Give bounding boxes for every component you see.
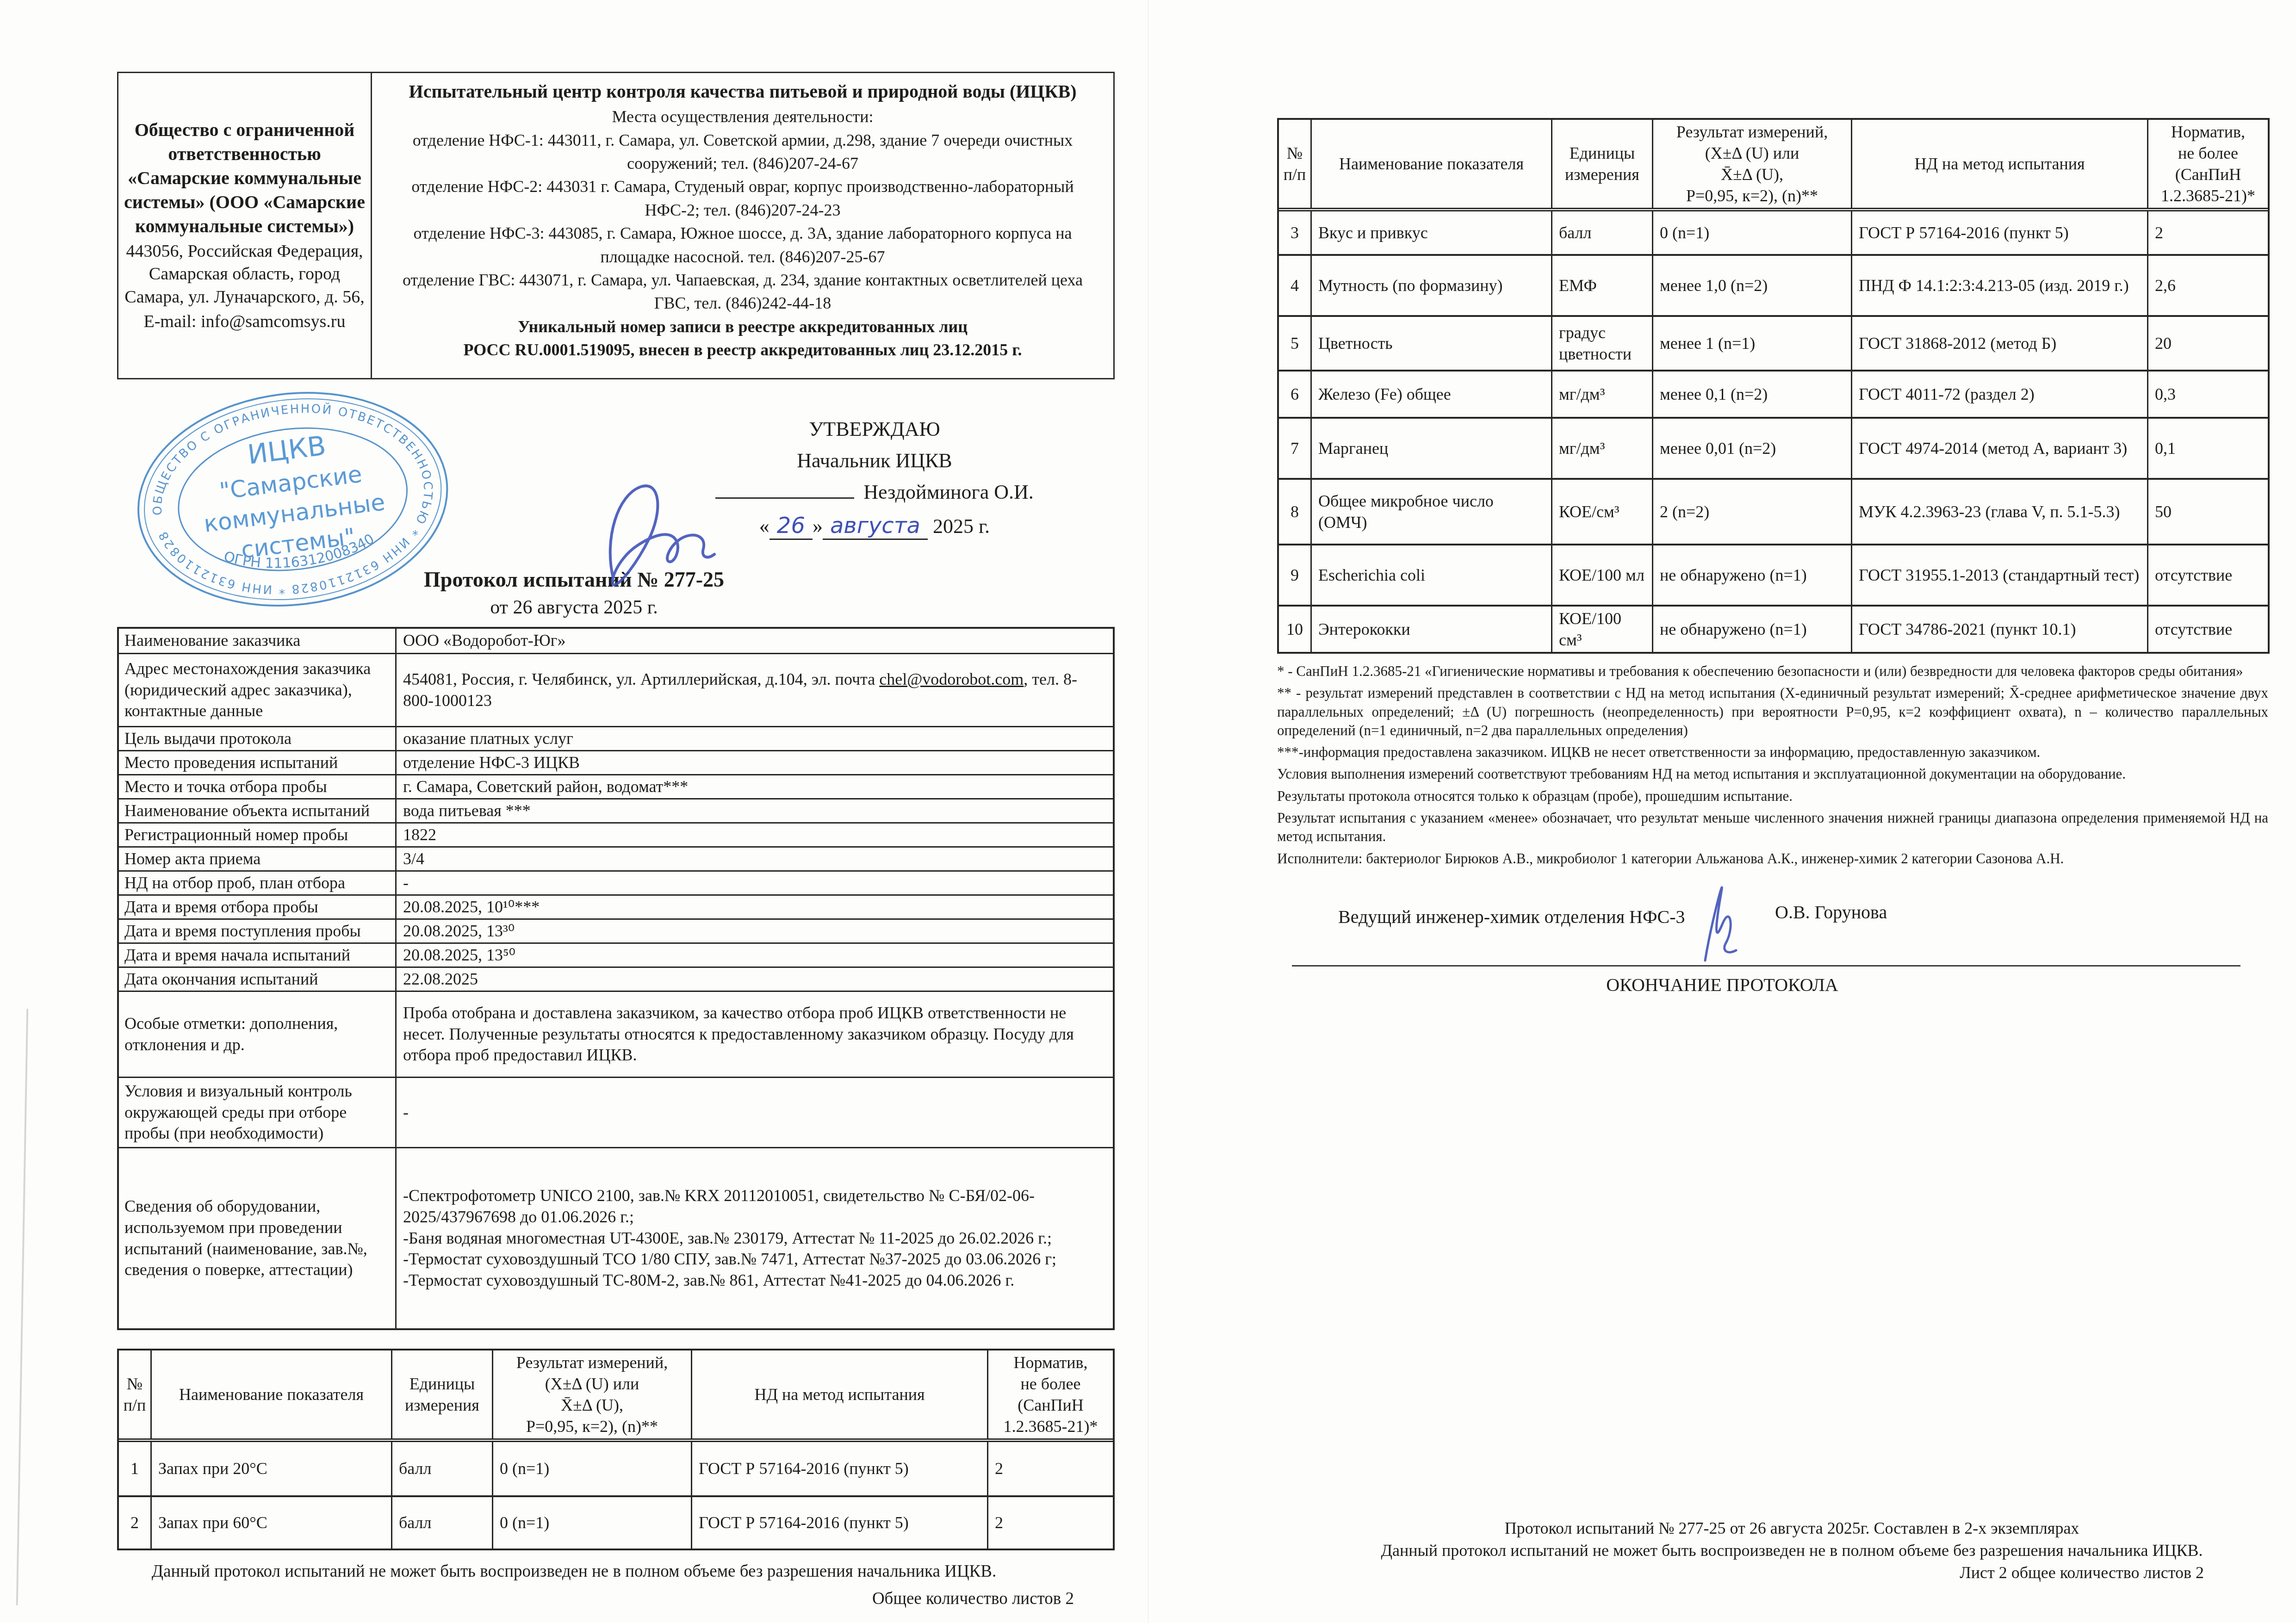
- col-num-header: № п/п: [119, 1350, 150, 1438]
- info-value: -: [397, 872, 1113, 894]
- info-row: Наименование объекта испытаний вода пить…: [119, 798, 1113, 822]
- col-units-header: Единицы измерения: [391, 1350, 492, 1438]
- info-value: оказание платных услуг: [397, 727, 1113, 750]
- info-value: 22.08.2025: [397, 968, 1113, 991]
- info-value: 20.08.2025, 10¹⁰***: [397, 896, 1113, 918]
- signature-icon: [1684, 863, 1754, 970]
- col-method-header: НД на метод испытания: [691, 1350, 987, 1438]
- norm: отсутствие: [2147, 545, 2268, 605]
- center-box: Испытательный центр контроля качества пи…: [372, 73, 1113, 378]
- approver-signature: [592, 469, 745, 608]
- end-of-protocol-title: ОКОНЧАНИЕ ПРОТОКОЛА: [1148, 974, 2296, 996]
- footnote-result-format: ** - результат измерений представлен в с…: [1277, 684, 2268, 740]
- signer-signature: [1684, 863, 1754, 974]
- row-num: 1: [119, 1442, 150, 1495]
- page1-footer-note: Данный протокол испытаний не может быть …: [0, 1561, 1148, 1581]
- result-row: 5 Цветность градус цветности менее 1 (n=…: [1279, 315, 2268, 370]
- customer-address: 454081, Россия, г. Челябинск, ул. Артилл…: [403, 670, 879, 688]
- units: ЕМФ: [1551, 256, 1652, 315]
- info-row: Адрес местонахождения заказчика (юридиче…: [119, 653, 1113, 726]
- method: ГОСТ Р 57164-2016 (пункт 5): [1851, 211, 2147, 254]
- units: мг/дм³: [1551, 419, 1652, 478]
- norm: отсутствие: [2147, 607, 2268, 652]
- indicator-name: Цветность: [1310, 317, 1551, 370]
- result-value: 2 (n=2): [1652, 480, 1851, 544]
- info-label: Место и точка отбора пробы: [119, 775, 397, 798]
- units: балл: [1551, 211, 1652, 254]
- info-row: Условия и визуальный контроль окружающей…: [119, 1077, 1113, 1147]
- quote-open: «: [759, 515, 769, 538]
- norm: 20: [2147, 317, 2268, 370]
- info-value: Проба отобрана и доставлена заказчиком, …: [397, 992, 1113, 1077]
- result-row: 10 Энтерококки КОЕ/100 см³ не обнаружено…: [1279, 605, 2268, 652]
- approve-title: УТВЕРЖДАЮ: [620, 414, 1129, 445]
- row-num: 10: [1279, 607, 1310, 652]
- info-label: Дата и время отбора пробы: [119, 896, 397, 918]
- result-row: 1 Запах при 20°С балл 0 (n=1) ГОСТ Р 571…: [119, 1442, 1113, 1495]
- round-stamp-icon: ОБЩЕСТВО С ОГРАНИЧЕННОЙ ОТВЕТСТВЕННОСТЬЮ…: [121, 372, 465, 627]
- stamp-center-line-1: ИЦКВ: [246, 430, 327, 471]
- footnote-less-than: Результат испытания с указанием «менее» …: [1277, 809, 2268, 846]
- footnote-conditions: Условия выполнения измерений соответству…: [1277, 765, 2268, 783]
- info-row: Особые отметки: дополнения, отклонения и…: [119, 991, 1113, 1077]
- method: МУК 4.2.3963-23 (глава V, п. 5.1-5.3): [1851, 480, 2147, 544]
- results-table-page2: № п/п Наименование показателя Единицы из…: [1277, 118, 2270, 654]
- info-row: Место и точка отбора пробы г. Самара, Со…: [119, 774, 1113, 798]
- result-row: 6 Железо (Fe) общее мг/дм³ менее 0,1 (n=…: [1279, 370, 2268, 417]
- info-table: Наименование заказчика ООО «Водоробот-Юг…: [117, 627, 1115, 1330]
- indicator-name: Запах при 20°С: [150, 1442, 391, 1495]
- result-value: не обнаружено (n=1): [1652, 545, 1851, 605]
- quote-close: »: [813, 515, 823, 538]
- info-row: Дата окончания испытаний 22.08.2025: [119, 966, 1113, 991]
- info-label: НД на отбор проб, план отбора: [119, 872, 397, 894]
- info-row: Регистрационный номер пробы 1822: [119, 822, 1113, 846]
- org-email: E-mail: info@samcomsys.ru: [122, 310, 367, 333]
- approval-block: УТВЕРЖДАЮ Начальник ИЦКВ Нездойминога О.…: [620, 414, 1129, 543]
- signer-role: Ведущий инженер-химик отделения НФС-3: [1338, 906, 1685, 928]
- info-label: Сведения об оборудовании, используемом п…: [119, 1148, 397, 1328]
- result-value: не обнаружено (n=1): [1652, 607, 1851, 652]
- result-row: 4 Мутность (по формазину) ЕМФ менее 1,0 …: [1279, 254, 2268, 315]
- col-units-header: Единицы измерения: [1551, 120, 1652, 208]
- norm: 0,3: [2147, 372, 2268, 417]
- info-value: г. Самара, Советский район, водомат***: [397, 775, 1113, 798]
- indicator-name: Железо (Fe) общее: [1310, 372, 1551, 417]
- result-value: 0 (n=1): [492, 1497, 691, 1549]
- footnote-customer-info: ***-информация предоставлена заказчиком.…: [1277, 743, 2268, 762]
- col-name-header: Наименование показателя: [150, 1350, 391, 1438]
- info-label: Условия и визуальный контроль окружающей…: [119, 1078, 397, 1147]
- info-label: Наименование заказчика: [119, 629, 397, 653]
- info-row: НД на отбор проб, план отбора -: [119, 870, 1113, 894]
- norm: 2: [987, 1442, 1113, 1495]
- info-label: Наименование объекта испытаний: [119, 799, 397, 822]
- info-value: -: [397, 1078, 1113, 1147]
- units: КОЕ/100 см³: [1551, 607, 1652, 652]
- col-method-header: НД на метод испытания: [1851, 120, 2147, 208]
- row-num: 5: [1279, 317, 1310, 370]
- indicator-name: Общее микробное число (ОМЧ): [1310, 480, 1551, 544]
- indicator-name: Escherichia coli: [1310, 545, 1551, 605]
- info-value: ООО «Водоробот-Юг»: [397, 629, 1113, 653]
- result-row: 8 Общее микробное число (ОМЧ) КОЕ/см³ 2 …: [1279, 478, 2268, 544]
- footnotes-block: * - СанПиН 1.2.3685-21 «Гигиенические но…: [1277, 662, 2268, 868]
- footnote-samples-only: Результаты протокола относятся только к …: [1277, 787, 2268, 805]
- center-subtitle: Места осуществления деятельности:: [384, 105, 1101, 128]
- units: балл: [391, 1442, 492, 1495]
- result-value: 0 (n=1): [1652, 211, 1851, 254]
- org-address: 443056, Российская Федерация, Самарская …: [122, 240, 367, 309]
- row-num: 2: [119, 1497, 150, 1549]
- info-value: 3/4: [397, 848, 1113, 870]
- result-row: 7 Марганец мг/дм³ менее 0,01 (n=2) ГОСТ …: [1279, 417, 2268, 478]
- row-num: 8: [1279, 480, 1310, 544]
- customer-email: chel@vodorobot.com: [879, 670, 1024, 688]
- info-row: Дата и время поступления пробы 20.08.202…: [119, 918, 1113, 942]
- method: ГОСТ 4974-2014 (метод А, вариант 3): [1851, 419, 2147, 478]
- info-value: -Спектрофотометр UNICO 2100, зав.№ KRX 2…: [397, 1148, 1113, 1328]
- col-result-header: Результат измерений, (X±Δ (U) или X̄±Δ (…: [1652, 120, 1851, 208]
- signature-row: Ведущий инженер-химик отделения НФС-3 О.…: [1277, 882, 2270, 951]
- info-row: Дата и время отбора пробы 20.08.2025, 10…: [119, 894, 1113, 918]
- info-value: вода питьевая ***: [397, 799, 1113, 822]
- result-value: менее 1 (n=1): [1652, 317, 1851, 370]
- info-label: Дата и время поступления пробы: [119, 920, 397, 942]
- results-header-row: № п/п Наименование показателя Единицы из…: [1279, 120, 2268, 211]
- info-value: отделение НФС-3 ИЦКВ: [397, 751, 1113, 774]
- results-header-row: № п/п Наименование показателя Единицы из…: [119, 1350, 1113, 1442]
- method: ГОСТ 31955.1-2013 (стандартный тест): [1851, 545, 2147, 605]
- info-row: Цель выдачи протокола оказание платных у…: [119, 726, 1113, 750]
- row-num: 3: [1279, 211, 1310, 254]
- signature-icon: [592, 469, 745, 599]
- results-table-page1: № п/п Наименование показателя Единицы из…: [117, 1349, 1115, 1550]
- norm: 2: [2147, 211, 2268, 254]
- method: ГОСТ 34786-2021 (пункт 10.1): [1851, 607, 2147, 652]
- col-name-header: Наименование показателя: [1310, 120, 1551, 208]
- indicator-name: Вкус и привкус: [1310, 211, 1551, 254]
- norm: 2,6: [2147, 256, 2268, 315]
- info-value: 20.08.2025, 13³⁰: [397, 920, 1113, 942]
- info-row: Сведения об оборудовании, используемом п…: [119, 1147, 1113, 1328]
- row-num: 4: [1279, 256, 1310, 315]
- method: ПНД Ф 14.1:2:3:4.213-05 (изд. 2019 г.): [1851, 256, 2147, 315]
- center-title: Испытательный центр контроля качества пи…: [384, 80, 1101, 103]
- indicator-name: Энтерококки: [1310, 607, 1551, 652]
- scanned-protocol-document: Общество с ограниченной ответственностью…: [0, 0, 2296, 1623]
- accreditation-line-1: Уникальный номер записи в реестре аккред…: [384, 315, 1101, 338]
- method: ГОСТ Р 57164-2016 (пункт 5): [691, 1497, 987, 1549]
- col-norm-header: Норматив, не более (СанПиН 1.2.3685-21)*: [987, 1350, 1113, 1438]
- info-row: Номер акта приема 3/4: [119, 846, 1113, 870]
- approver-name: Нездойминога О.И.: [863, 481, 1033, 503]
- info-label: Регистрационный номер пробы: [119, 824, 397, 846]
- center-branch-2: отделение НФС-2: 443031 г. Самара, Студе…: [384, 175, 1101, 222]
- center-branch-4: отделение ГВС: 443071, г. Самара, ул. Ча…: [384, 268, 1101, 315]
- norm: 2: [987, 1497, 1113, 1549]
- signer-name: О.В. Горунова: [1775, 901, 1887, 923]
- col-norm-header: Норматив, не более (СанПиН 1.2.3685-21)*: [2147, 120, 2268, 208]
- page2-footer-line1: Протокол испытаний № 277-25 от 26 август…: [1218, 1518, 2296, 1538]
- col-num-header: № п/п: [1279, 120, 1310, 208]
- result-value: 0 (n=1): [492, 1442, 691, 1495]
- norm: 50: [2147, 480, 2268, 544]
- indicator-name: Запах при 60°С: [150, 1497, 391, 1549]
- info-value: 1822: [397, 824, 1113, 846]
- norm: 0,1: [2147, 419, 2268, 478]
- method: ГОСТ Р 57164-2016 (пункт 5): [691, 1442, 987, 1495]
- indicator-name: Мутность (по формазину): [1310, 256, 1551, 315]
- result-row: 2 Запах при 60°С балл 0 (n=1) ГОСТ Р 571…: [119, 1495, 1113, 1549]
- page2-sheet-count: Лист 2 общее количество листов 2: [1148, 1563, 2296, 1582]
- row-num: 6: [1279, 372, 1310, 417]
- info-value: 20.08.2025, 13⁵⁰: [397, 944, 1113, 966]
- col-result-header: Результат измерений, (X±Δ (U) или X̄±Δ (…: [492, 1350, 691, 1438]
- method: ГОСТ 31868-2012 (метод Б): [1851, 317, 2147, 370]
- method: ГОСТ 4011-72 (раздел 2): [1851, 372, 2147, 417]
- row-num: 7: [1279, 419, 1310, 478]
- end-divider: [1292, 965, 2240, 966]
- result-value: менее 0,01 (n=2): [1652, 419, 1851, 478]
- units: мг/дм³: [1551, 372, 1652, 417]
- handwritten-month: августа: [823, 513, 928, 540]
- units: градус цветности: [1551, 317, 1652, 370]
- page1-sheet-count: Общее количество листов 2: [0, 1589, 1074, 1609]
- info-label: Особые отметки: дополнения, отклонения и…: [119, 992, 397, 1077]
- org-box: Общество с ограниченной ответственностью…: [118, 73, 372, 378]
- units: балл: [391, 1497, 492, 1549]
- stamp-seal: ОБЩЕСТВО С ОГРАНИЧЕННОЙ ОТВЕТСТВЕННОСТЬЮ…: [121, 372, 465, 629]
- footnote-sanpin: * - СанПиН 1.2.3685-21 «Гигиенические но…: [1277, 662, 2268, 681]
- approve-year: 2025 г.: [933, 515, 990, 538]
- indicator-name: Марганец: [1310, 419, 1551, 478]
- info-row: Наименование заказчика ООО «Водоробот-Юг…: [119, 629, 1113, 653]
- result-value: менее 0,1 (n=2): [1652, 372, 1851, 417]
- info-label: Цель выдачи протокола: [119, 727, 397, 750]
- letterhead: Общество с ограниченной ответственностью…: [117, 72, 1115, 379]
- info-row: Место проведения испытаний отделение НФС…: [119, 750, 1113, 774]
- page-2: № п/п Наименование показателя Единицы из…: [1148, 0, 2296, 1623]
- info-value: 454081, Россия, г. Челябинск, ул. Артилл…: [397, 654, 1113, 726]
- scan-edge-shadow: [16, 1009, 29, 1605]
- page2-footer-line2: Данный протокол испытаний не может быть …: [1218, 1541, 2296, 1560]
- units: КОЕ/100 мл: [1551, 545, 1652, 605]
- center-branch-1: отделение НФС-1: 443011, г. Самара, ул. …: [384, 129, 1101, 175]
- footnote-performers: Исполнители: бактериолог Бирюков А.В., м…: [1277, 849, 2268, 868]
- handwritten-day: 26: [769, 513, 813, 540]
- page-1: Общество с ограниченной ответственностью…: [0, 0, 1148, 1623]
- result-row: 9 Escherichia coli КОЕ/100 мл не обнаруж…: [1279, 544, 2268, 605]
- org-name: Общество с ограниченной ответственностью…: [122, 118, 367, 238]
- stamp-approve-zone: ОБЩЕСТВО С ОГРАНИЧЕННОЙ ОТВЕТСТВЕННОСТЬЮ…: [0, 379, 1148, 564]
- result-row: 3 Вкус и привкус балл 0 (n=1) ГОСТ Р 571…: [1279, 211, 2268, 254]
- info-label: Место проведения испытаний: [119, 751, 397, 774]
- units: КОЕ/см³: [1551, 480, 1652, 544]
- info-label: Номер акта приема: [119, 848, 397, 870]
- info-label: Дата окончания испытаний: [119, 968, 397, 991]
- info-label: Дата и время начала испытаний: [119, 944, 397, 966]
- row-num: 9: [1279, 545, 1310, 605]
- accreditation-line-2: РОСС RU.0001.519095, внесен в реестр акк…: [384, 338, 1101, 361]
- info-row: Дата и время начала испытаний 20.08.2025…: [119, 942, 1113, 966]
- info-label: Адрес местонахождения заказчика (юридиче…: [119, 654, 397, 726]
- result-value: менее 1,0 (n=2): [1652, 256, 1851, 315]
- center-branch-3: отделение НФС-3: 443085, г. Самара, Южно…: [384, 222, 1101, 268]
